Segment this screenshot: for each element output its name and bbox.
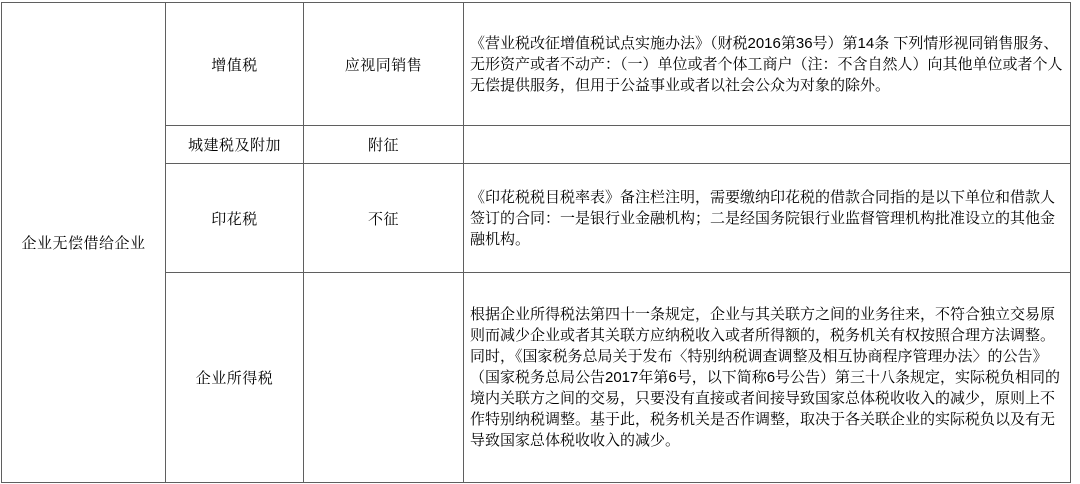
treatment-cell-corporate-income: [304, 273, 464, 483]
page: 企业无偿借给企业 增值税 应视同销售 《营业税改征增值税试点实施办法》（财税20…: [0, 2, 1080, 484]
detail-cell-stamp: 《印花税税目税率表》备注栏注明，需要缴纳印花税的借款合同指的是以下单位和借款人签…: [464, 164, 1071, 273]
detail-cell-vat: 《营业税改征增值税试点实施办法》（财税2016第36号）第14条 下列情形视同销…: [464, 3, 1071, 126]
tax-type-cell-corporate-income: 企业所得税: [166, 273, 304, 483]
detail-cell-corporate-income: 根据企业所得税法第四十一条规定，企业与其关联方之间的业务往来，不符合独立交易原则…: [464, 273, 1071, 483]
table-row-vat: 企业无偿借给企业 增值税 应视同销售 《营业税改征增值税试点实施办法》（财税20…: [2, 3, 1071, 126]
tax-type-cell-urban-construction: 城建税及附加: [166, 126, 304, 164]
scenario-cell: 企业无偿借给企业: [2, 3, 166, 483]
treatment-cell-urban-construction: 附征: [304, 126, 464, 164]
detail-cell-urban-construction: [464, 126, 1071, 164]
tax-treatment-table: 企业无偿借给企业 增值税 应视同销售 《营业税改征增值税试点实施办法》（财税20…: [1, 2, 1071, 483]
treatment-cell-stamp: 不征: [304, 164, 464, 273]
tax-type-cell-stamp: 印花税: [166, 164, 304, 273]
tax-type-cell-vat: 增值税: [166, 3, 304, 126]
treatment-cell-vat: 应视同销售: [304, 3, 464, 126]
